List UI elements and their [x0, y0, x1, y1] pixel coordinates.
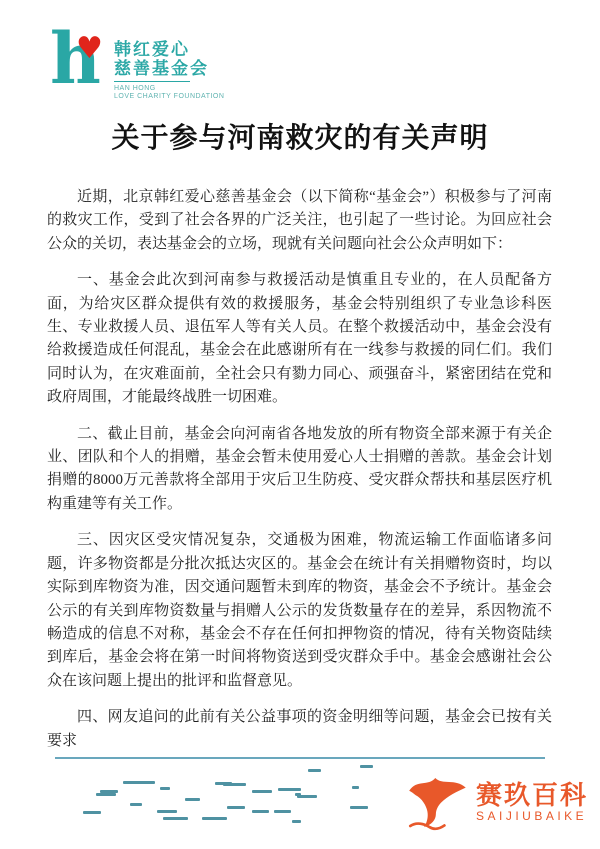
redaction-dash	[308, 769, 321, 772]
redaction-dash	[157, 810, 177, 813]
redaction-dash	[130, 803, 142, 806]
redaction-dash	[278, 788, 301, 791]
paragraph-item-4-truncated: 四、网友追问的此前有关公益事项的资金明细等问题，基金会已按有关要求	[47, 706, 552, 753]
foundation-name-en-line2: LOVE CHARITY FOUNDATION	[114, 93, 224, 101]
redaction-dash	[163, 817, 188, 820]
redaction-dash	[185, 798, 200, 801]
redaction-dash	[274, 810, 291, 813]
redaction-dash	[295, 793, 301, 796]
redaction-dash	[160, 787, 170, 790]
foundation-name-cn-line2: 慈善基金会	[114, 59, 224, 78]
paragraph-item-3: 三、因灾区受灾情况复杂，交通极为困难，物流运输工作面临诸多问题，许多物资都是分批…	[47, 529, 552, 693]
statement-body: 近期，北京韩红爱心慈善基金会（以下简称“基金会”）积极参与了河南的救灾工作，受到…	[47, 186, 552, 766]
watermark-name-cn: 赛玖百科	[476, 781, 588, 809]
saijiubaike-watermark: 赛玖百科 SAIJIUBAIKE	[406, 765, 588, 839]
paragraph-item-1: 一、基金会此次到河南参与救援活动是慎重且专业的，在人员配备方面，为给灾区群众提供…	[47, 269, 552, 409]
redaction-dash	[252, 790, 272, 793]
redaction-dash	[83, 811, 101, 814]
paragraph-intro: 近期，北京韩红爱心慈善基金会（以下简称“基金会”）积极参与了河南的救灾工作，受到…	[47, 186, 552, 256]
redaction-dash	[292, 820, 301, 823]
redaction-dash	[350, 806, 368, 809]
redaction-dash	[123, 781, 155, 784]
foundation-name-en-line1: HAN HONG	[114, 85, 224, 93]
redaction-dash	[96, 793, 116, 796]
redaction-dash	[223, 783, 246, 786]
statement-title: 关于参与河南救灾的有关声明	[0, 118, 600, 158]
foundation-logo-text: 韩红爱心 慈善基金会 HAN HONG LOVE CHARITY FOUNDAT…	[114, 40, 224, 101]
redaction-dash	[202, 817, 227, 820]
heart-icon: ♥	[76, 34, 103, 64]
foundation-logo-mark: h ♥	[50, 40, 108, 96]
redaction-dash	[227, 806, 245, 809]
logo-divider-line	[114, 81, 190, 82]
whale-tail-icon	[406, 765, 470, 839]
document-page: h ♥ 韩红爱心 慈善基金会 HAN HONG LOVE CHARITY FOU…	[0, 0, 600, 849]
paragraph-item-2: 二、截止目前，基金会向河南省各地发放的所有物资全部来源于有关企业、团队和个人的捐…	[47, 423, 552, 517]
divider-line	[55, 757, 545, 759]
redacted-section: 赛玖百科 SAIJIUBAIKE	[0, 755, 600, 849]
watermark-text: 赛玖百科 SAIJIUBAIKE	[476, 781, 588, 823]
foundation-name-cn-line1: 韩红爱心	[114, 40, 224, 59]
redaction-dash	[352, 786, 359, 789]
redaction-dash	[360, 765, 373, 768]
foundation-logo: h ♥ 韩红爱心 慈善基金会 HAN HONG LOVE CHARITY FOU…	[50, 40, 224, 101]
watermark-name-en: SAIJIUBAIKE	[476, 809, 588, 823]
redaction-dash	[252, 810, 269, 813]
